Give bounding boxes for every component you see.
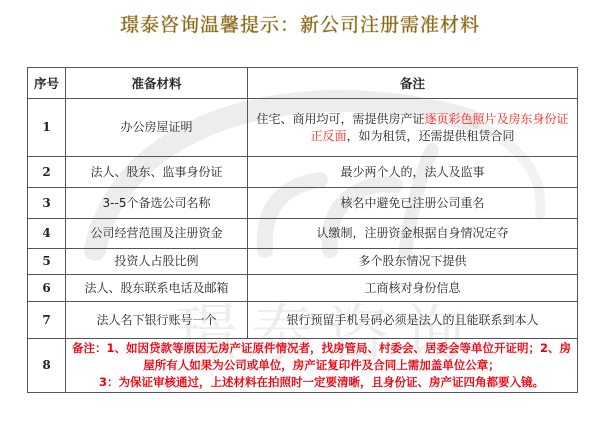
page-title: 璟泰咨询温馨提示：新公司注册需准材料 xyxy=(0,10,600,37)
row-note: 住宅、商用均可，需提供房产证逐页彩色照片及房东身份证正反面，如为租赁，还需提供租… xyxy=(248,99,578,157)
row-no: 6 xyxy=(28,275,66,302)
row-no: 1 xyxy=(28,99,66,157)
materials-table: 序号 准备材料 备注 1 办公房屋证明 住宅、商用均可，需提供房产证逐页彩色照片… xyxy=(27,67,578,393)
row-note: 银行预留手机号码必须是法人的且能联系到本人 xyxy=(248,302,578,339)
table-row: 4 公司经营范围及注册资金 认缴制，注册资金根据自身情况定夺 xyxy=(28,219,578,249)
table-row-remarks: 8 备注：1、如因贷款等原因无房产证原件情况者，找房管局、村委会、居委会等单位开… xyxy=(28,339,578,393)
row-note: 最少两个人的，法人及监事 xyxy=(248,157,578,188)
row-no: 3 xyxy=(28,188,66,219)
row-note: 工商核对身份信息 xyxy=(248,275,578,302)
table-row: 7 法人名下银行账号一个 银行预留手机号码必须是法人的且能联系到本人 xyxy=(28,302,578,339)
header-material: 准备材料 xyxy=(66,68,248,99)
row-material: 公司经营范围及注册资金 xyxy=(66,219,248,249)
row-no: 7 xyxy=(28,302,66,339)
row-material: 法人、股东、监事身份证 xyxy=(66,157,248,188)
row-material: 投资人占股比例 xyxy=(66,249,248,275)
row-no: 8 xyxy=(28,339,66,393)
table-row: 6 法人、股东联系电话及邮箱 工商核对身份信息 xyxy=(28,275,578,302)
row-no: 2 xyxy=(28,157,66,188)
table-row: 2 法人、股东、监事身份证 最少两个人的，法人及监事 xyxy=(28,157,578,188)
note-text: 住宅、商用均可，需提供房产证 xyxy=(256,112,424,126)
row-material: 3--5个备选公司名称 xyxy=(66,188,248,219)
remarks-line-1: 备注：1、如因贷款等原因无房产证原件情况者，找房管局、村委会、居委会等单位开证明… xyxy=(70,340,573,374)
row-no: 5 xyxy=(28,249,66,275)
table-row: 3 3--5个备选公司名称 核名中避免已注册公司重名 xyxy=(28,188,578,219)
row-material: 办公房屋证明 xyxy=(66,99,248,157)
row-material: 法人、股东联系电话及邮箱 xyxy=(66,275,248,302)
row-note: 多个股东情况下提供 xyxy=(248,249,578,275)
note-text: ，如为租赁，还需提供租赁合同 xyxy=(347,129,515,143)
row-note: 核名中避免已注册公司重名 xyxy=(248,188,578,219)
table-row: 5 投资人占股比例 多个股东情况下提供 xyxy=(28,249,578,275)
row-material: 法人名下银行账号一个 xyxy=(66,302,248,339)
remarks-line-2: 3：为保证审核通过，上述材料在拍照时一定要清晰，且身份证、房产证四角都要入镜。 xyxy=(70,374,573,391)
row-no: 4 xyxy=(28,219,66,249)
header-no: 序号 xyxy=(28,68,66,99)
table-header-row: 序号 准备材料 备注 xyxy=(28,68,578,99)
table-row: 1 办公房屋证明 住宅、商用均可，需提供房产证逐页彩色照片及房东身份证正反面，如… xyxy=(28,99,578,157)
row-note: 认缴制，注册资金根据自身情况定夺 xyxy=(248,219,578,249)
header-note: 备注 xyxy=(248,68,578,99)
remarks-cell: 备注：1、如因贷款等原因无房产证原件情况者，找房管局、村委会、居委会等单位开证明… xyxy=(66,339,578,393)
